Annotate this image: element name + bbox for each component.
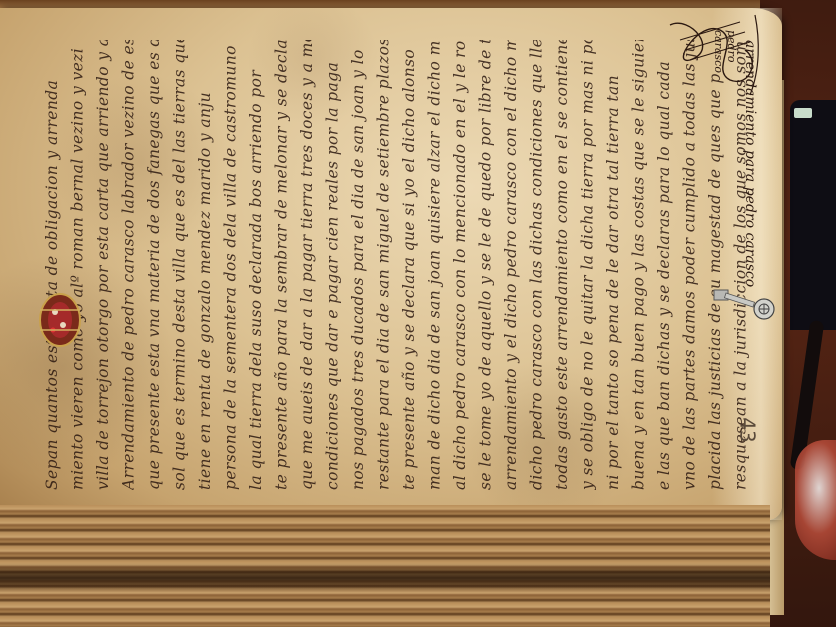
text-line: ni por el tanto so pena de le dar otra t…: [601, 40, 627, 490]
text-line: al dicho pedro carasco con lo mencionado…: [448, 40, 474, 490]
plastic-wrapped-object: [795, 440, 836, 560]
text-line: e las que ban dichas y se declaras para …: [652, 40, 678, 490]
text-line: Sepan quantos esta carta de obligacion y…: [40, 40, 66, 490]
text-line: y se obligo de no le quitar la dicha tie…: [576, 40, 602, 490]
text-line: placida las justicias de su magestad de …: [703, 40, 729, 490]
folio-number: 43: [736, 417, 760, 442]
manuscript-text: Sepan quantos esta carta de obligacion y…: [40, 40, 750, 490]
text-line: restante para el dia de san miguel de se…: [372, 40, 398, 490]
object-tag: [794, 108, 812, 118]
text-line: se le tome yo de aquello y se le de qued…: [474, 40, 500, 490]
crown-charm-icon: [35, 290, 85, 350]
text-line: persona de la sementera dos dela villa d…: [219, 40, 245, 490]
text-line: villa de torrejon otorgo por esta carta …: [91, 40, 117, 490]
dark-fabric-object: [790, 100, 836, 330]
text-line: condiciones que dar e pagar cien reales …: [321, 40, 347, 490]
text-line: la qual tierra dela suso declarada bos a…: [244, 40, 270, 490]
text-line: todas gasto este arrendamiento como en e…: [550, 40, 576, 490]
text-line: arrendamiento y el dicho pedro carasco c…: [499, 40, 525, 490]
page-stack-edges: [0, 505, 770, 627]
text-line: miento vieren como yo alº roman bernal v…: [66, 40, 92, 490]
text-line: te presente año para la sembrar de melon…: [270, 40, 296, 490]
text-line: que presente esta vna materia de dos fan…: [142, 40, 168, 490]
text-line: dicho pedro carasco con las dichas condi…: [525, 40, 551, 490]
text-line: buena y en tan buen pago y las costas qu…: [627, 40, 653, 490]
text-line: que me aueis de dar a la pagar tierra tr…: [295, 40, 321, 490]
text-line: tiene en renta de gonzalo mendez marido …: [193, 40, 219, 490]
text-line: te presente año y se declara que si yo e…: [397, 40, 423, 490]
key-charm-icon: [712, 282, 782, 322]
photo-scene: arrendamiento para pedro carasco pedro c…: [0, 0, 836, 627]
text-line: Arrendamiento de pedro carasco labrador …: [117, 40, 143, 490]
text-line: vno de las partes damos poder cumplido a…: [678, 40, 704, 490]
text-line: sol que es termino desta villa que es de…: [168, 40, 194, 490]
text-line: man de dicho dia de san joan quisiere al…: [423, 40, 449, 490]
text-line: nos pagados tres ducados para el dia de …: [346, 40, 372, 490]
